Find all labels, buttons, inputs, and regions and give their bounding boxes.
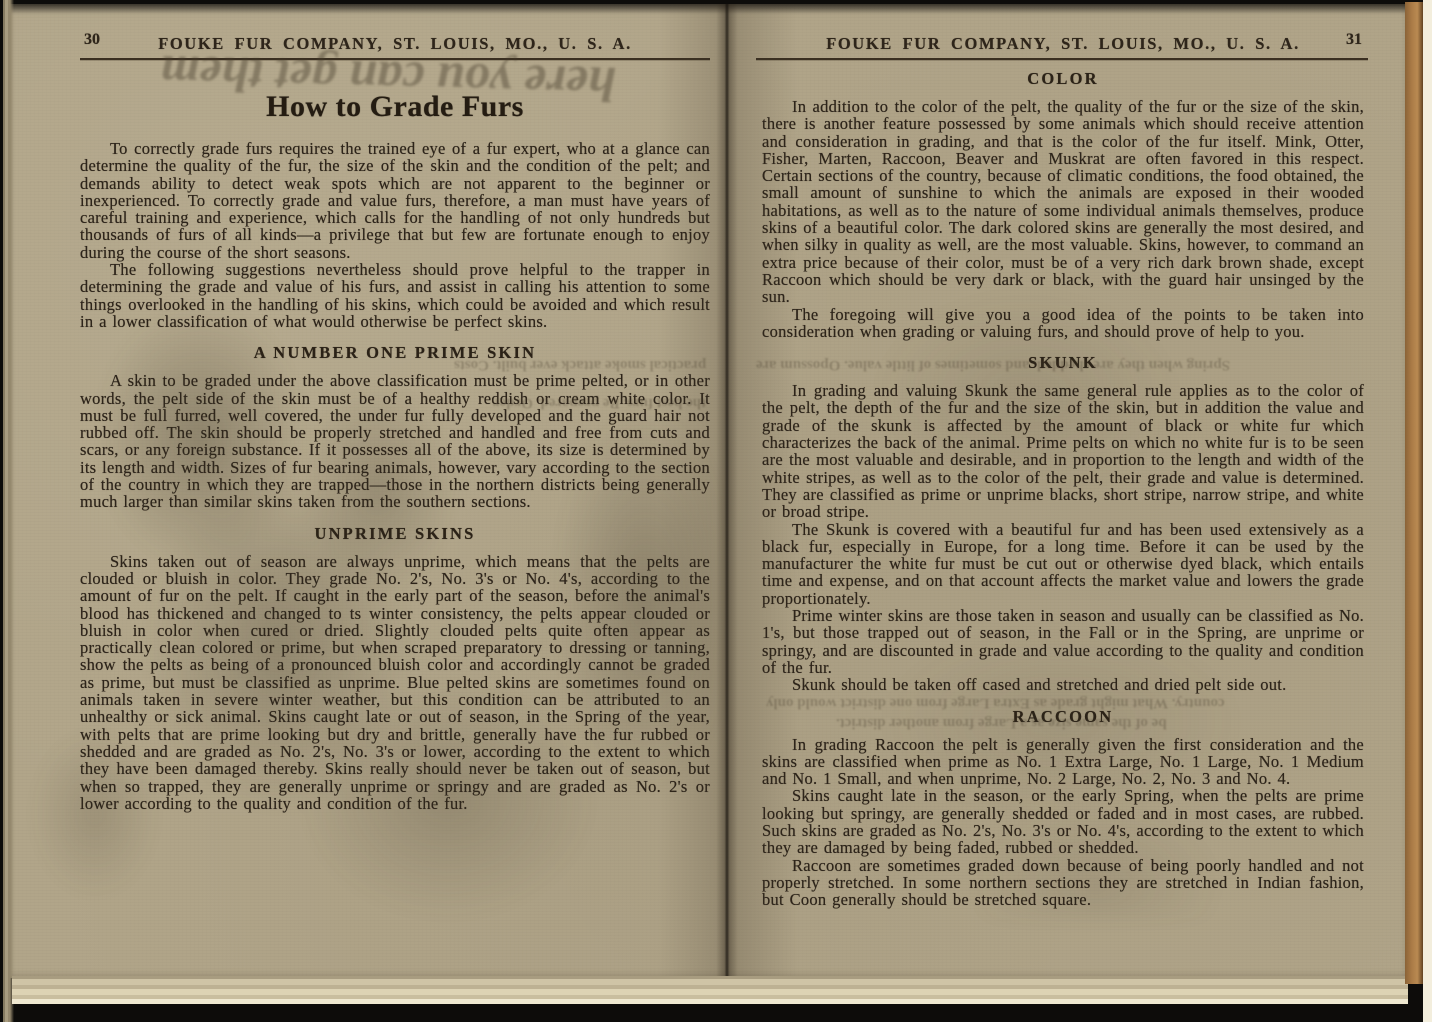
paragraph-skunk-4: Skunk should be taken off cased and stre… — [762, 676, 1364, 693]
page-title: How to Grade Furs — [80, 90, 710, 124]
paragraph-intro-1: To correctly grade furs requires the tra… — [80, 140, 710, 261]
right-page-edges — [1405, 2, 1424, 984]
page-header-left: 30 FOUKE FUR COMPANY, ST. LOUIS, MO., U.… — [80, 30, 710, 54]
paragraph-unprime-skins: Skins taken out of season are always unp… — [80, 553, 710, 812]
scan-background-strip — [1423, 0, 1432, 1022]
paragraph-skunk-2: The Skunk is covered with a beautiful fu… — [762, 521, 1364, 607]
section-heading-number-one-prime-skin: A NUMBER ONE PRIME SKIN — [80, 343, 710, 363]
paragraph-color-2: The foregoing will give you a good idea … — [762, 306, 1364, 341]
page-number: 30 — [84, 31, 100, 49]
section-heading-skunk: SKUNK — [762, 353, 1364, 373]
book-spread: here you can get them practical smoke at… — [0, 0, 1432, 1022]
left-page: here you can get them practical smoke at… — [10, 4, 716, 978]
paragraph-intro-2: The following suggestions nevertheless s… — [80, 261, 710, 330]
running-head: FOUKE FUR COMPANY, ST. LOUIS, MO., U. S.… — [826, 34, 1300, 54]
section-heading-color: COLOR — [762, 69, 1364, 89]
paragraph-raccoon-3: Raccoon are sometimes graded down becaus… — [762, 857, 1364, 909]
header-rule — [80, 58, 710, 60]
header-rule — [756, 58, 1368, 60]
paragraph-prime-skin: A skin to be graded under the above clas… — [80, 372, 710, 510]
left-page-edges — [0, 0, 14, 1022]
section-heading-raccoon: RACCOON — [762, 707, 1364, 727]
paragraph-raccoon-1: In grading Raccoon the pelt is generally… — [762, 736, 1364, 788]
bottom-page-edges — [12, 976, 1408, 1004]
paragraph-skunk-3: Prime winter skins are those taken in se… — [762, 607, 1364, 676]
paragraph-color-1: In addition to the color of the pelt, th… — [762, 98, 1364, 306]
book-paper: here you can get them practical smoke at… — [10, 4, 1406, 978]
right-page: Spring when they are shedded, and someti… — [716, 4, 1406, 978]
running-head: FOUKE FUR COMPANY, ST. LOUIS, MO., U. S.… — [158, 34, 632, 54]
page-number: 31 — [1346, 31, 1362, 49]
paragraph-skunk-1: In grading and valuing Skunk the same ge… — [762, 382, 1364, 520]
paragraph-raccoon-2: Skins caught late in the season, or the … — [762, 787, 1364, 856]
section-heading-unprime-skins: UNPRIME SKINS — [80, 524, 710, 544]
page-header-right: FOUKE FUR COMPANY, ST. LOUIS, MO., U. S.… — [762, 30, 1364, 54]
book-spine — [716, 4, 738, 978]
